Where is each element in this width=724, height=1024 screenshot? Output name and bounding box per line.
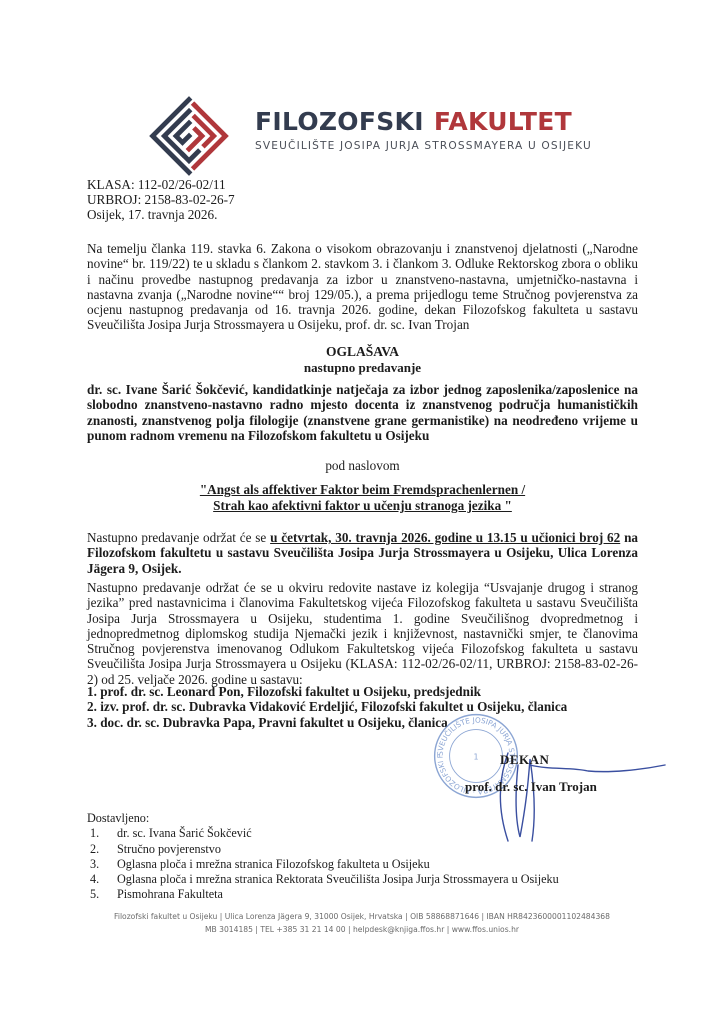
intro-paragraph: Na temelju članka 119. stavka 6. Zakona …	[87, 241, 638, 333]
place-date: Osijek, 17. travnja 2026.	[87, 207, 638, 222]
footer-line1: Filozofski fakultet u Osijeku | Ulica Lo…	[60, 911, 664, 924]
schedule-lead: Nastupno predavanje održat će se	[87, 530, 270, 545]
delivery-item: 5.Pismohrana Fakulteta	[87, 887, 559, 902]
institution-name-part1: FILOZOFSKI	[255, 107, 424, 136]
committee-member: 2. izv. prof. dr. sc. Dubravka Vidaković…	[87, 699, 638, 714]
delivery-list: Dostavljeno: 1.dr. sc. Ivana Šarić Šokče…	[87, 811, 559, 903]
candidate-paragraph: dr. sc. Ivane Šarić Šokčević, kandidatki…	[87, 382, 638, 443]
lecture-title: "Angst als affektiver Faktor beim Fremds…	[87, 482, 638, 514]
footer: Filozofski fakultet u Osijeku | Ulica Lo…	[60, 911, 664, 936]
reference-meta: KLASA: 112-02/26-02/11 URBROJ: 2158-83-0…	[87, 177, 638, 222]
delivery-item: 1.dr. sc. Ivana Šarić Šokčević	[87, 826, 559, 841]
announcement-subtitle: nastupno predavanje	[87, 360, 638, 376]
institution-subtitle: SVEUČILIŠTE JOSIPA JURJA STROSSMAYERA U …	[255, 140, 592, 152]
announcement-heading: OGLAŠAVA nastupno predavanje	[87, 344, 638, 376]
context-paragraph: Nastupno predavanje održat će se u okvir…	[87, 580, 638, 687]
signatory-role: DEKAN	[500, 752, 549, 767]
maze-diamond-logo-icon	[143, 90, 235, 182]
committee-member: 3. doc. dr. sc. Dubravka Papa, Pravni fa…	[87, 715, 638, 730]
under-title-label: pod naslovom	[87, 458, 638, 473]
institution-name-part2: FAKULTET	[434, 107, 572, 136]
klasa: KLASA: 112-02/26-02/11	[87, 177, 638, 192]
delivery-label: Dostavljeno:	[87, 811, 559, 826]
delivery-item: 2.Stručno povjerenstvo	[87, 842, 559, 857]
signatory-name: prof. dr. sc. Ivan Trojan	[465, 779, 597, 794]
delivery-item: 3.Oglasna ploča i mrežna stranica Filozo…	[87, 857, 559, 872]
committee-member: 1. prof. dr. sc. Leonard Pon, Filozofski…	[87, 684, 638, 699]
lecture-title-line2: Strah kao afektivni faktor u učenju stra…	[87, 498, 638, 514]
delivery-item: 4.Oglasna ploča i mrežna stranica Rektor…	[87, 872, 559, 887]
footer-line2: MB 3014185 | TEL +385 31 21 14 00 | help…	[60, 924, 664, 937]
schedule-datetime: u četvrtak, 30. travnja 2026. godine u 1…	[270, 530, 620, 545]
announcement-title: OGLAŠAVA	[87, 344, 638, 360]
committee-list: 1. prof. dr. sc. Leonard Pon, Filozofski…	[87, 684, 638, 730]
schedule-paragraph: Nastupno predavanje održat će se u četvr…	[87, 530, 638, 576]
institution-name: FILOZOFSKIFAKULTET	[255, 107, 592, 137]
document-page: FILOZOFSKIFAKULTET SVEUČILIŠTE JOSIPA JU…	[0, 0, 724, 1024]
letterhead: FILOZOFSKIFAKULTET SVEUČILIŠTE JOSIPA JU…	[255, 107, 592, 152]
lecture-title-line1: "Angst als affektiver Faktor beim Fremds…	[87, 482, 638, 498]
urbroj: URBROJ: 2158-83-02-26-7	[87, 192, 638, 207]
